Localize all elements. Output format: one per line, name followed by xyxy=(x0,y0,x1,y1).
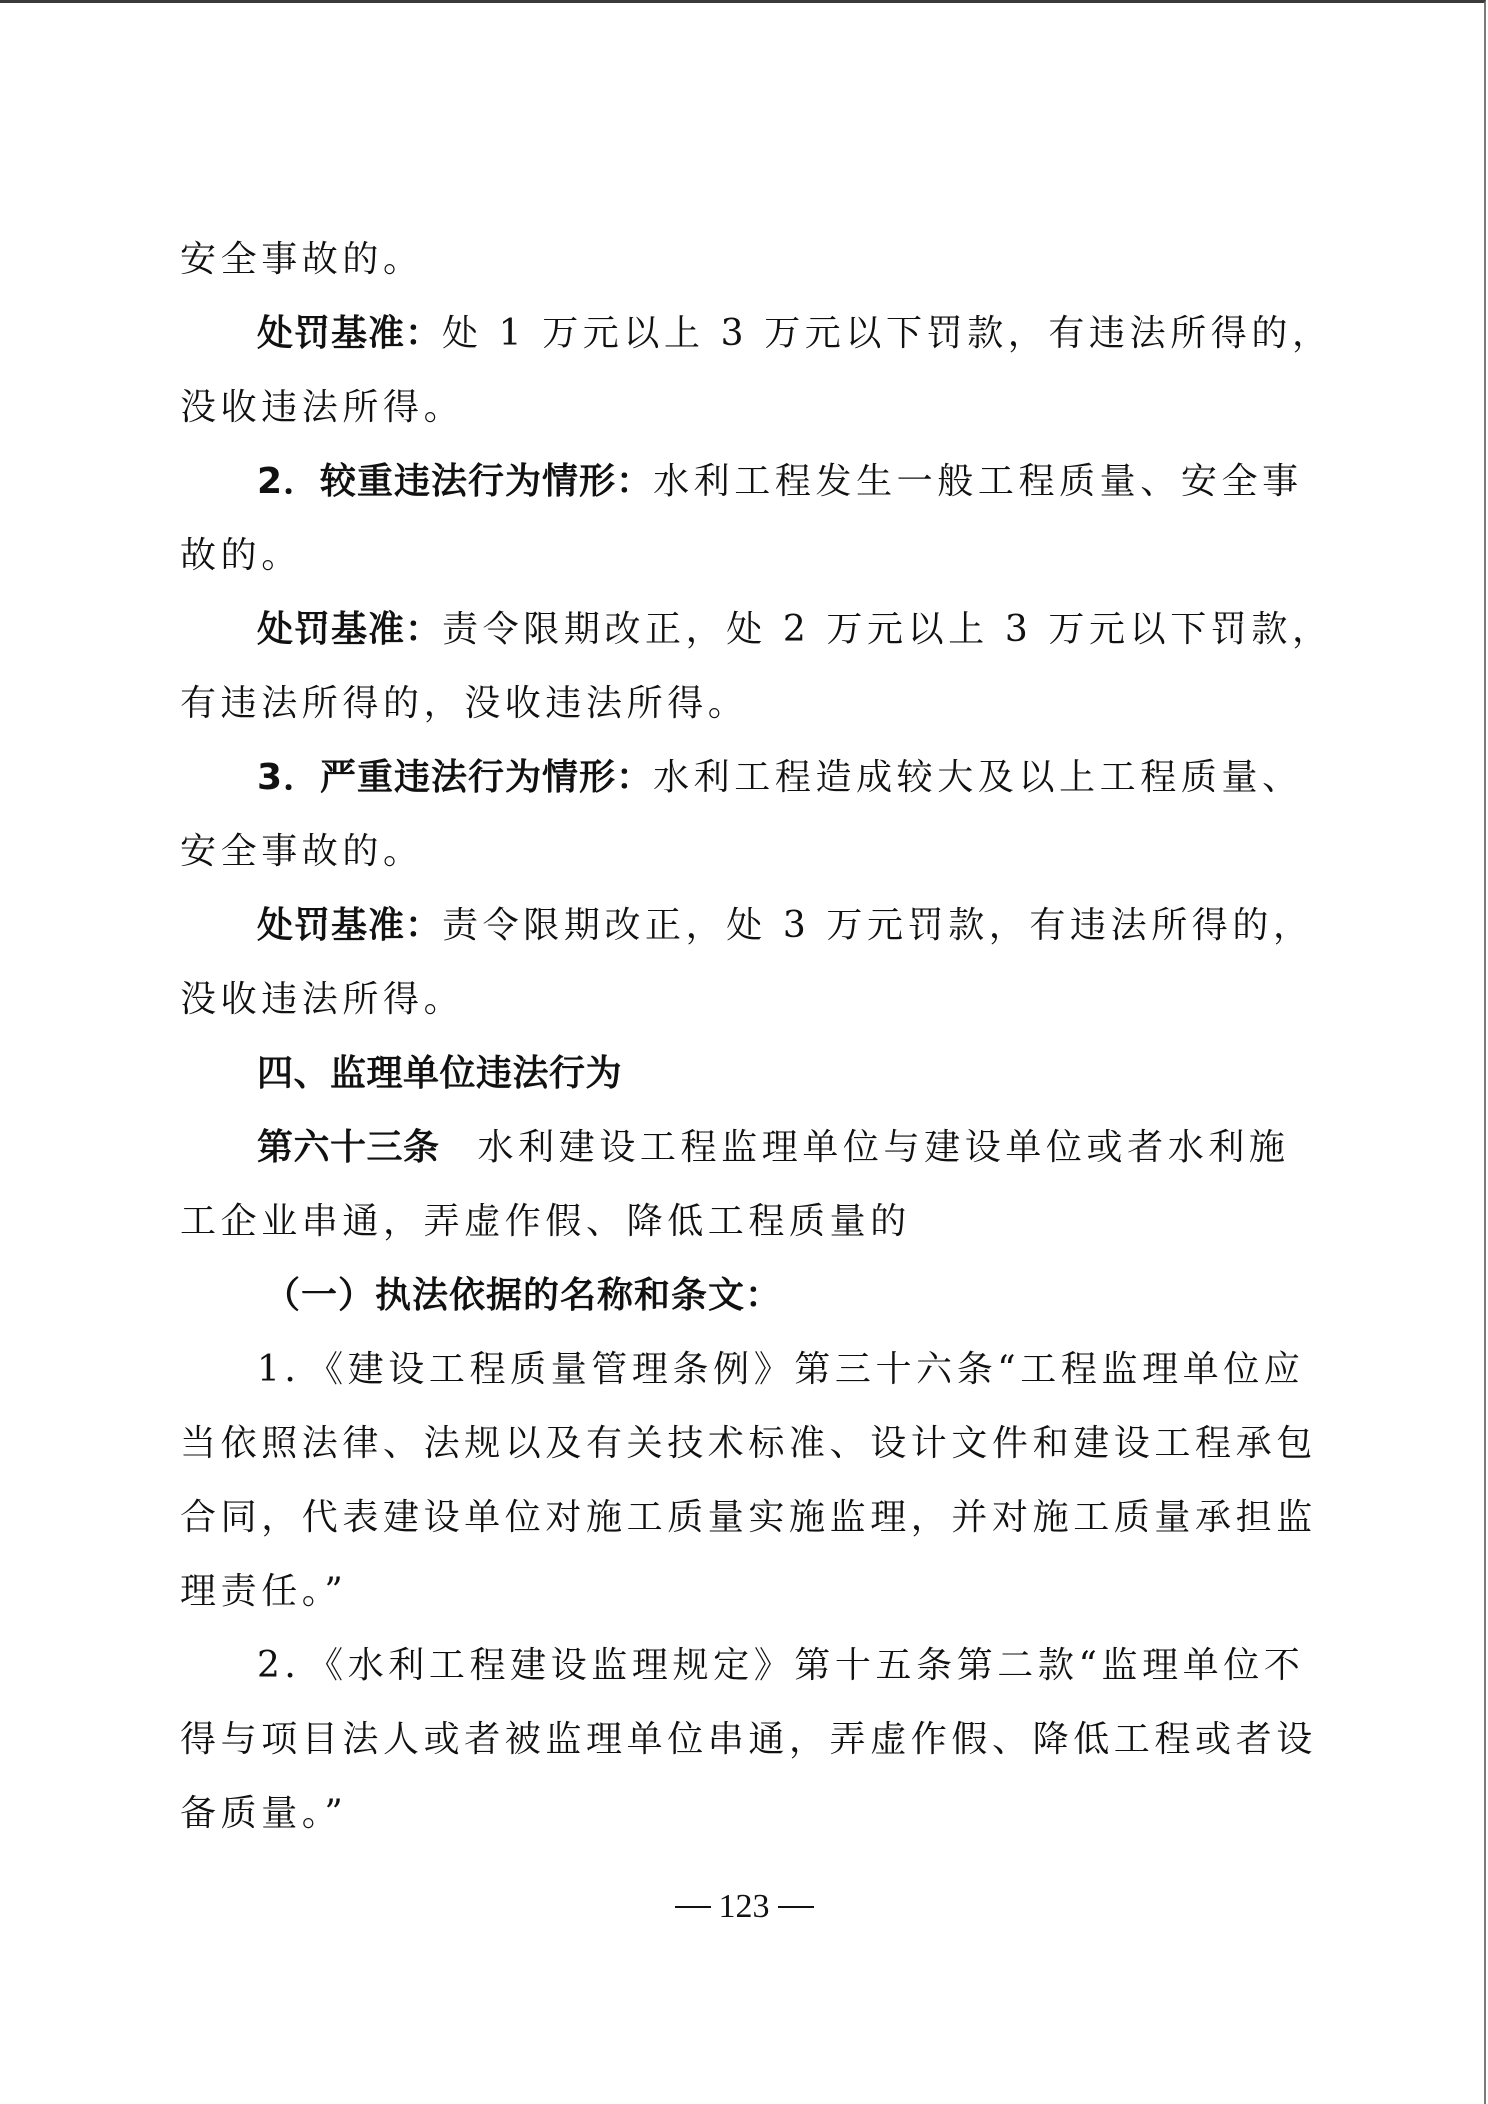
penalty-standard-3-line-1: 处罚基准：责令限期改正，处 3 万元罚款，有违法所得的， xyxy=(257,901,1314,951)
legal-basis-2-line-1: 2．《水利工程建设监理规定》第十五条第二款“监理单位不 xyxy=(257,1641,1305,1691)
legal-basis-1-line-1: 1．《建设工程质量管理条例》第三十六条“工程监理单位应 xyxy=(257,1345,1305,1395)
body-text: 安全事故的。 xyxy=(180,831,424,872)
article-line-1: 第六十三条水利建设工程监理单位与建设单位或者水利施 xyxy=(257,1123,1290,1173)
legal-basis-1-line-2: 当依照法律、法规以及有关技术标准、设计文件和建设工程承包 xyxy=(180,1419,1317,1469)
body-text: 备质量。” xyxy=(180,1793,347,1834)
penalty-standard-label: 处罚基准： xyxy=(257,905,442,946)
body-text: 2．《水利工程建设监理规定》第十五条第二款“监理单位不 xyxy=(257,1645,1305,1686)
body-text: 合同，代表建设单位对施工质量实施监理，并对施工质量承担监 xyxy=(180,1497,1317,1538)
legal-basis-2-line-3: 备质量。” xyxy=(180,1789,347,1839)
severe-violation-line-2: 安全事故的。 xyxy=(180,827,424,877)
dash-decoration xyxy=(778,1906,814,1908)
section-heading: 四、监理单位违法行为 xyxy=(257,1049,622,1099)
penalty-standard-label: 处罚基准： xyxy=(257,313,442,354)
page-number: 123 xyxy=(719,1888,770,1925)
legal-basis-1-line-3: 合同，代表建设单位对施工质量实施监理，并对施工质量承担监 xyxy=(180,1493,1317,1543)
body-text: 理责任。” xyxy=(180,1571,347,1612)
legal-basis-1-line-4: 理责任。” xyxy=(180,1567,347,1617)
body-text: 工企业串通，弄虚作假、降低工程质量的 xyxy=(180,1201,911,1242)
penalty-standard-2-line-2: 有违法所得的，没收违法所得。 xyxy=(180,679,748,729)
serious-violation-line-2: 故的。 xyxy=(180,531,302,581)
legal-basis-2-line-2: 得与项目法人或者被监理单位串通，弄虚作假、降低工程或者设 xyxy=(180,1715,1317,1765)
violation-case-label: 3．严重违法行为情形： xyxy=(257,757,653,798)
penalty-standard-1-line-2: 没收违法所得。 xyxy=(180,383,464,433)
document-page: 安全事故的。 处罚基准：处 1 万元以上 3 万元以下罚款，有违法所得的， 没收… xyxy=(0,0,1486,2104)
dash-decoration xyxy=(675,1906,711,1908)
body-text: 当依照法律、法规以及有关技术标准、设计文件和建设工程承包 xyxy=(180,1423,1317,1464)
body-text: 没收违法所得。 xyxy=(180,979,464,1020)
article-line-2: 工企业串通，弄虚作假、降低工程质量的 xyxy=(180,1197,911,1247)
body-text: 得与项目法人或者被监理单位串通，弄虚作假、降低工程或者设 xyxy=(180,1719,1317,1760)
violation-case-label: 2．较重违法行为情形： xyxy=(257,461,653,502)
penalty-standard-2-line-1: 处罚基准：责令限期改正，处 2 万元以上 3 万元以下罚款， xyxy=(257,605,1333,655)
body-text: 故的。 xyxy=(180,535,302,576)
paragraph-line: 安全事故的。 xyxy=(180,235,424,285)
body-text: 1．《建设工程质量管理条例》第三十六条“工程监理单位应 xyxy=(257,1349,1305,1390)
body-text: 处 1 万元以上 3 万元以下罚款，有违法所得的， xyxy=(442,313,1333,354)
body-text: 水利工程造成较大及以上工程质量、 xyxy=(653,757,1303,798)
section-heading-text: 四、监理单位违法行为 xyxy=(257,1053,622,1094)
penalty-standard-label: 处罚基准： xyxy=(257,609,442,650)
body-text: 责令限期改正，处 2 万元以上 3 万元以下罚款， xyxy=(442,609,1333,650)
penalty-standard-3-line-2: 没收违法所得。 xyxy=(180,975,464,1025)
body-text: 没收违法所得。 xyxy=(180,387,464,428)
subheading: （一）执法依据的名称和条文： xyxy=(264,1271,782,1321)
body-text: 安全事故的。 xyxy=(180,239,424,280)
article-number: 第六十三条 xyxy=(257,1127,440,1168)
body-text: 水利工程发生一般工程质量、安全事 xyxy=(653,461,1303,502)
body-text: 水利建设工程监理单位与建设单位或者水利施 xyxy=(478,1127,1290,1168)
body-text: 有违法所得的，没收违法所得。 xyxy=(180,683,748,724)
penalty-standard-1-line-1: 处罚基准：处 1 万元以上 3 万元以下罚款，有违法所得的， xyxy=(257,309,1333,359)
severe-violation-line-1: 3．严重违法行为情形：水利工程造成较大及以上工程质量、 xyxy=(257,753,1303,803)
serious-violation-line-1: 2．较重违法行为情形：水利工程发生一般工程质量、安全事 xyxy=(257,457,1303,507)
body-text: 责令限期改正，处 3 万元罚款，有违法所得的， xyxy=(442,905,1314,946)
page-footer: 123 xyxy=(0,1887,1488,1927)
subheading-text: （一）执法依据的名称和条文： xyxy=(264,1275,782,1316)
